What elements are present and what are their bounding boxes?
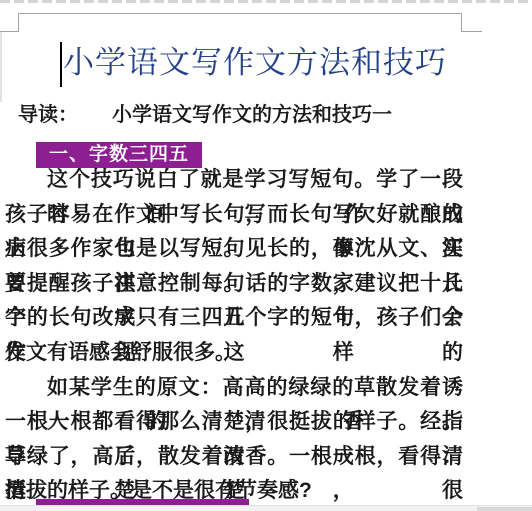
lead-label[interactable]: 导读： bbox=[18, 103, 78, 127]
body-text-line[interactable]: 孩子容易在作文中写长句，而长句写欠好就酿成病句。事实 bbox=[5, 198, 463, 233]
body-text-line[interactable]: 草绿了，高了，散发着清香。一根一根，看得清清楚楚，很 bbox=[5, 440, 463, 475]
body-text-line[interactable]: 一根一根都看得那么清楚，很挺拔的样子。经指导后改成： bbox=[5, 405, 463, 440]
body-text-line[interactable]: 上很多作家也是以写短句见长的，像沈从文、汪曾祺。家长 bbox=[5, 232, 463, 267]
window-bottom-right-edge bbox=[477, 507, 532, 511]
lead-text[interactable]: 小学语文写作文的方法和技巧一 bbox=[112, 103, 392, 127]
body-text-line[interactable]: 如某学生的原文：高高的绿绿的草散发着诱人的清香。 bbox=[5, 371, 463, 406]
window-bottom-strip bbox=[0, 505, 532, 511]
page-margin-mark-right bbox=[461, 13, 462, 32]
document-page: { "document": { "title": "小学语文写作文方法和技巧",… bbox=[0, 0, 532, 511]
page-margin-mark-left bbox=[18, 13, 19, 32]
body-text: 这个技巧说白了就是学习写短句。学了一段时间写作的 孩子容易在作文中写长句，而长句… bbox=[5, 163, 463, 509]
page-margin-mark-stub-left bbox=[0, 31, 18, 32]
page-title[interactable]: 小学语文写作文方法和技巧 bbox=[63, 40, 523, 86]
page-margin-mark-top bbox=[18, 13, 461, 14]
page-margin-mark-stub-right bbox=[461, 31, 482, 32]
body-text-line[interactable]: 这个技巧说白了就是学习写短句。学了一段时间写作的 bbox=[5, 163, 463, 198]
page-left-edge bbox=[0, 32, 2, 102]
text-cursor bbox=[60, 42, 62, 87]
page-top-dashed-edge bbox=[0, 0, 532, 3]
body-text-line[interactable]: 字的长句改成只有三四五个字的短句，孩子们会发现这样的 bbox=[5, 301, 463, 336]
body-text-line[interactable]: 要提醒孩子注意控制每句话的字数，建议把十几个字几十个 bbox=[5, 267, 463, 302]
